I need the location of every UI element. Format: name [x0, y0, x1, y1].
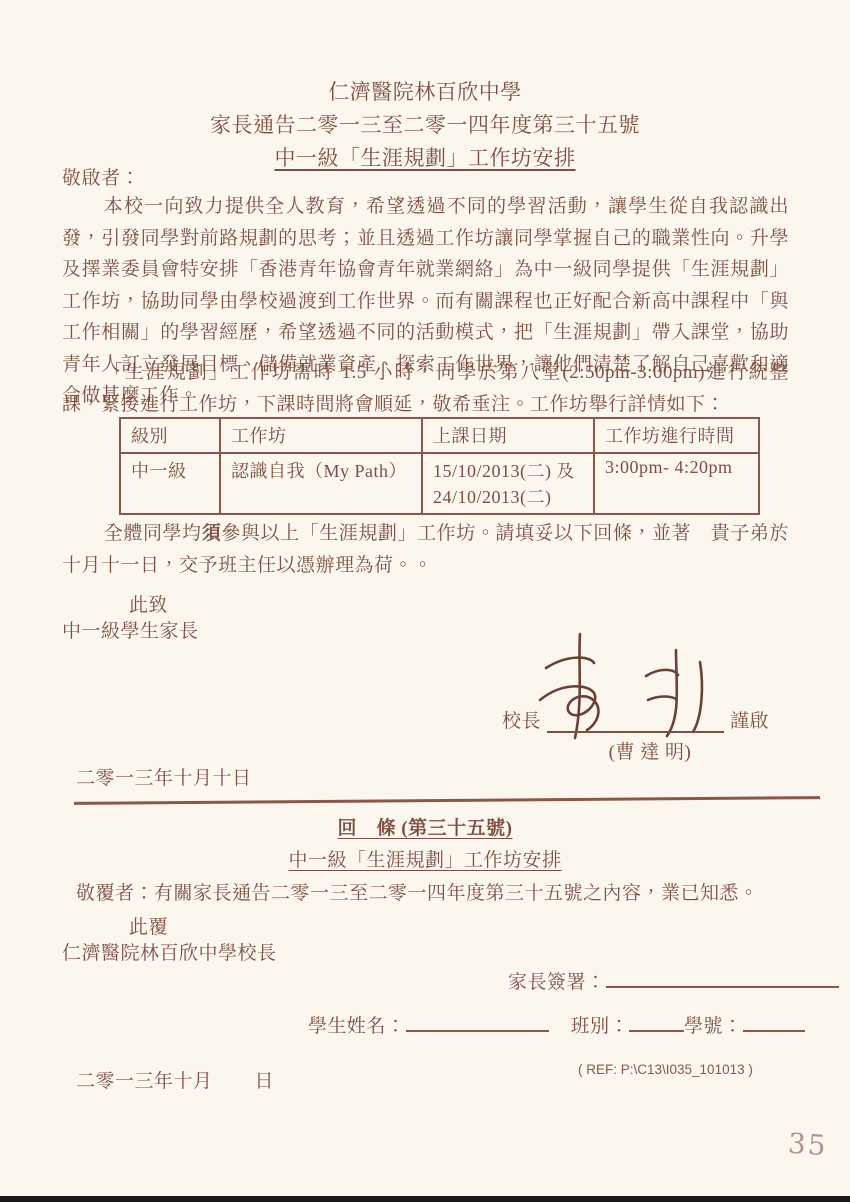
recipient: 中一級學生家長	[62, 616, 199, 643]
table-row: 中一級 認識自我（My Path） 15/10/2013(二) 及 24/10/…	[120, 453, 759, 514]
parent-signature-field: 家長簽署：	[508, 966, 839, 994]
col-header-workshop: 工作坊	[220, 418, 422, 453]
workshop-table: 級別 工作坊 上課日期 工作坊進行時間 中一級 認識自我（My Path） 15…	[119, 417, 760, 515]
student-fields-row: 學生姓名：班別：學號：	[308, 1010, 805, 1038]
student-number-label: 學號：	[684, 1016, 743, 1037]
this-reply: 此覆	[129, 912, 168, 939]
reply-slip-subtitle: 中一級「生涯規劃」工作坊安排	[0, 845, 850, 872]
cell-level: 中一級	[120, 453, 220, 514]
respectful-close: 謹啟	[730, 706, 769, 733]
cell-dates: 15/10/2013(二) 及 24/10/2013(二)	[422, 453, 594, 514]
signature-row: 校長 謹啟	[502, 706, 769, 733]
scan-edge-artifact	[0, 1196, 850, 1202]
table-header-row: 級別 工作坊 上課日期 工作坊進行時間	[120, 418, 759, 453]
col-header-time: 工作坊進行時間	[594, 418, 759, 453]
handwritten-page-number: 35	[787, 1127, 829, 1163]
parent-signature-blank	[606, 966, 839, 988]
reply-date-suffix: 日	[255, 1071, 275, 1092]
reply-slip-subtitle-text: 中一級「生涯規劃」工作坊安排	[288, 850, 561, 871]
scanned-notice-page: 仁濟醫院林百欣中學 家長通告二零一三至二零一四年度第三十五號 中一級「生涯規劃」…	[0, 0, 850, 1202]
principal-name: (曹 達 明)	[570, 737, 730, 764]
paragraph-3-before: 全體同學均	[104, 523, 202, 544]
reply-slip-title-text: 回 條 (第三十五號)	[338, 818, 513, 839]
school-name: 仁濟醫院林百欣中學	[0, 76, 850, 109]
principal-label: 校長	[502, 706, 541, 733]
notice-number: 家長通告二零一三至二零一四年度第三十五號	[0, 109, 850, 142]
paragraph-3-emphasis: 須	[202, 523, 222, 544]
class-label: 班別：	[571, 1016, 630, 1037]
reply-slip-body: 敬覆者：有關家長通告二零一三至二零一四年度第三十五號之內容，業已知悉。	[76, 878, 790, 910]
cell-workshop: 認識自我（My Path）	[220, 453, 422, 514]
student-name-blank	[406, 1010, 549, 1032]
student-name-label: 學生姓名：	[308, 1016, 406, 1037]
tear-off-divider	[74, 796, 820, 805]
parent-signature-label: 家長簽署：	[508, 972, 606, 993]
cell-time: 3:00pm- 4:20pm	[594, 453, 759, 514]
notice-subject-text: 中一級「生涯規劃」工作坊安排	[275, 146, 576, 170]
col-header-date: 上課日期	[422, 418, 594, 453]
reply-slip-title: 回 條 (第三十五號)	[0, 813, 850, 840]
paragraph-2: 「生涯規劃」工作坊需時 1.5 小時，同學於第八堂(2:50pm-3:00pm)…	[62, 357, 789, 420]
reply-addressee: 仁濟醫院林百欣中學校長	[62, 938, 277, 965]
col-header-level: 級別	[120, 418, 220, 453]
workshop-table-wrapper: 級別 工作坊 上課日期 工作坊進行時間 中一級 認識自我（My Path） 15…	[119, 417, 760, 515]
salutation: 敬啟者：	[62, 163, 140, 190]
student-number-blank	[743, 1010, 805, 1032]
reply-date: 二零一三年十月日	[76, 1066, 274, 1093]
class-blank	[629, 1010, 684, 1032]
ref-code: ( REF: P:\C13\I035_101013 )	[578, 1062, 753, 1077]
paragraph-3: 全體同學均須參與以上「生涯規劃」工作坊。請填妥以下回條，並著 貴子弟於十月十一日…	[62, 518, 789, 581]
reply-date-prefix: 二零一三年十月	[76, 1071, 213, 1092]
notice-date: 二零一三年十月十日	[76, 763, 252, 790]
this-to: 此致	[129, 590, 168, 617]
signature-line	[547, 709, 724, 733]
